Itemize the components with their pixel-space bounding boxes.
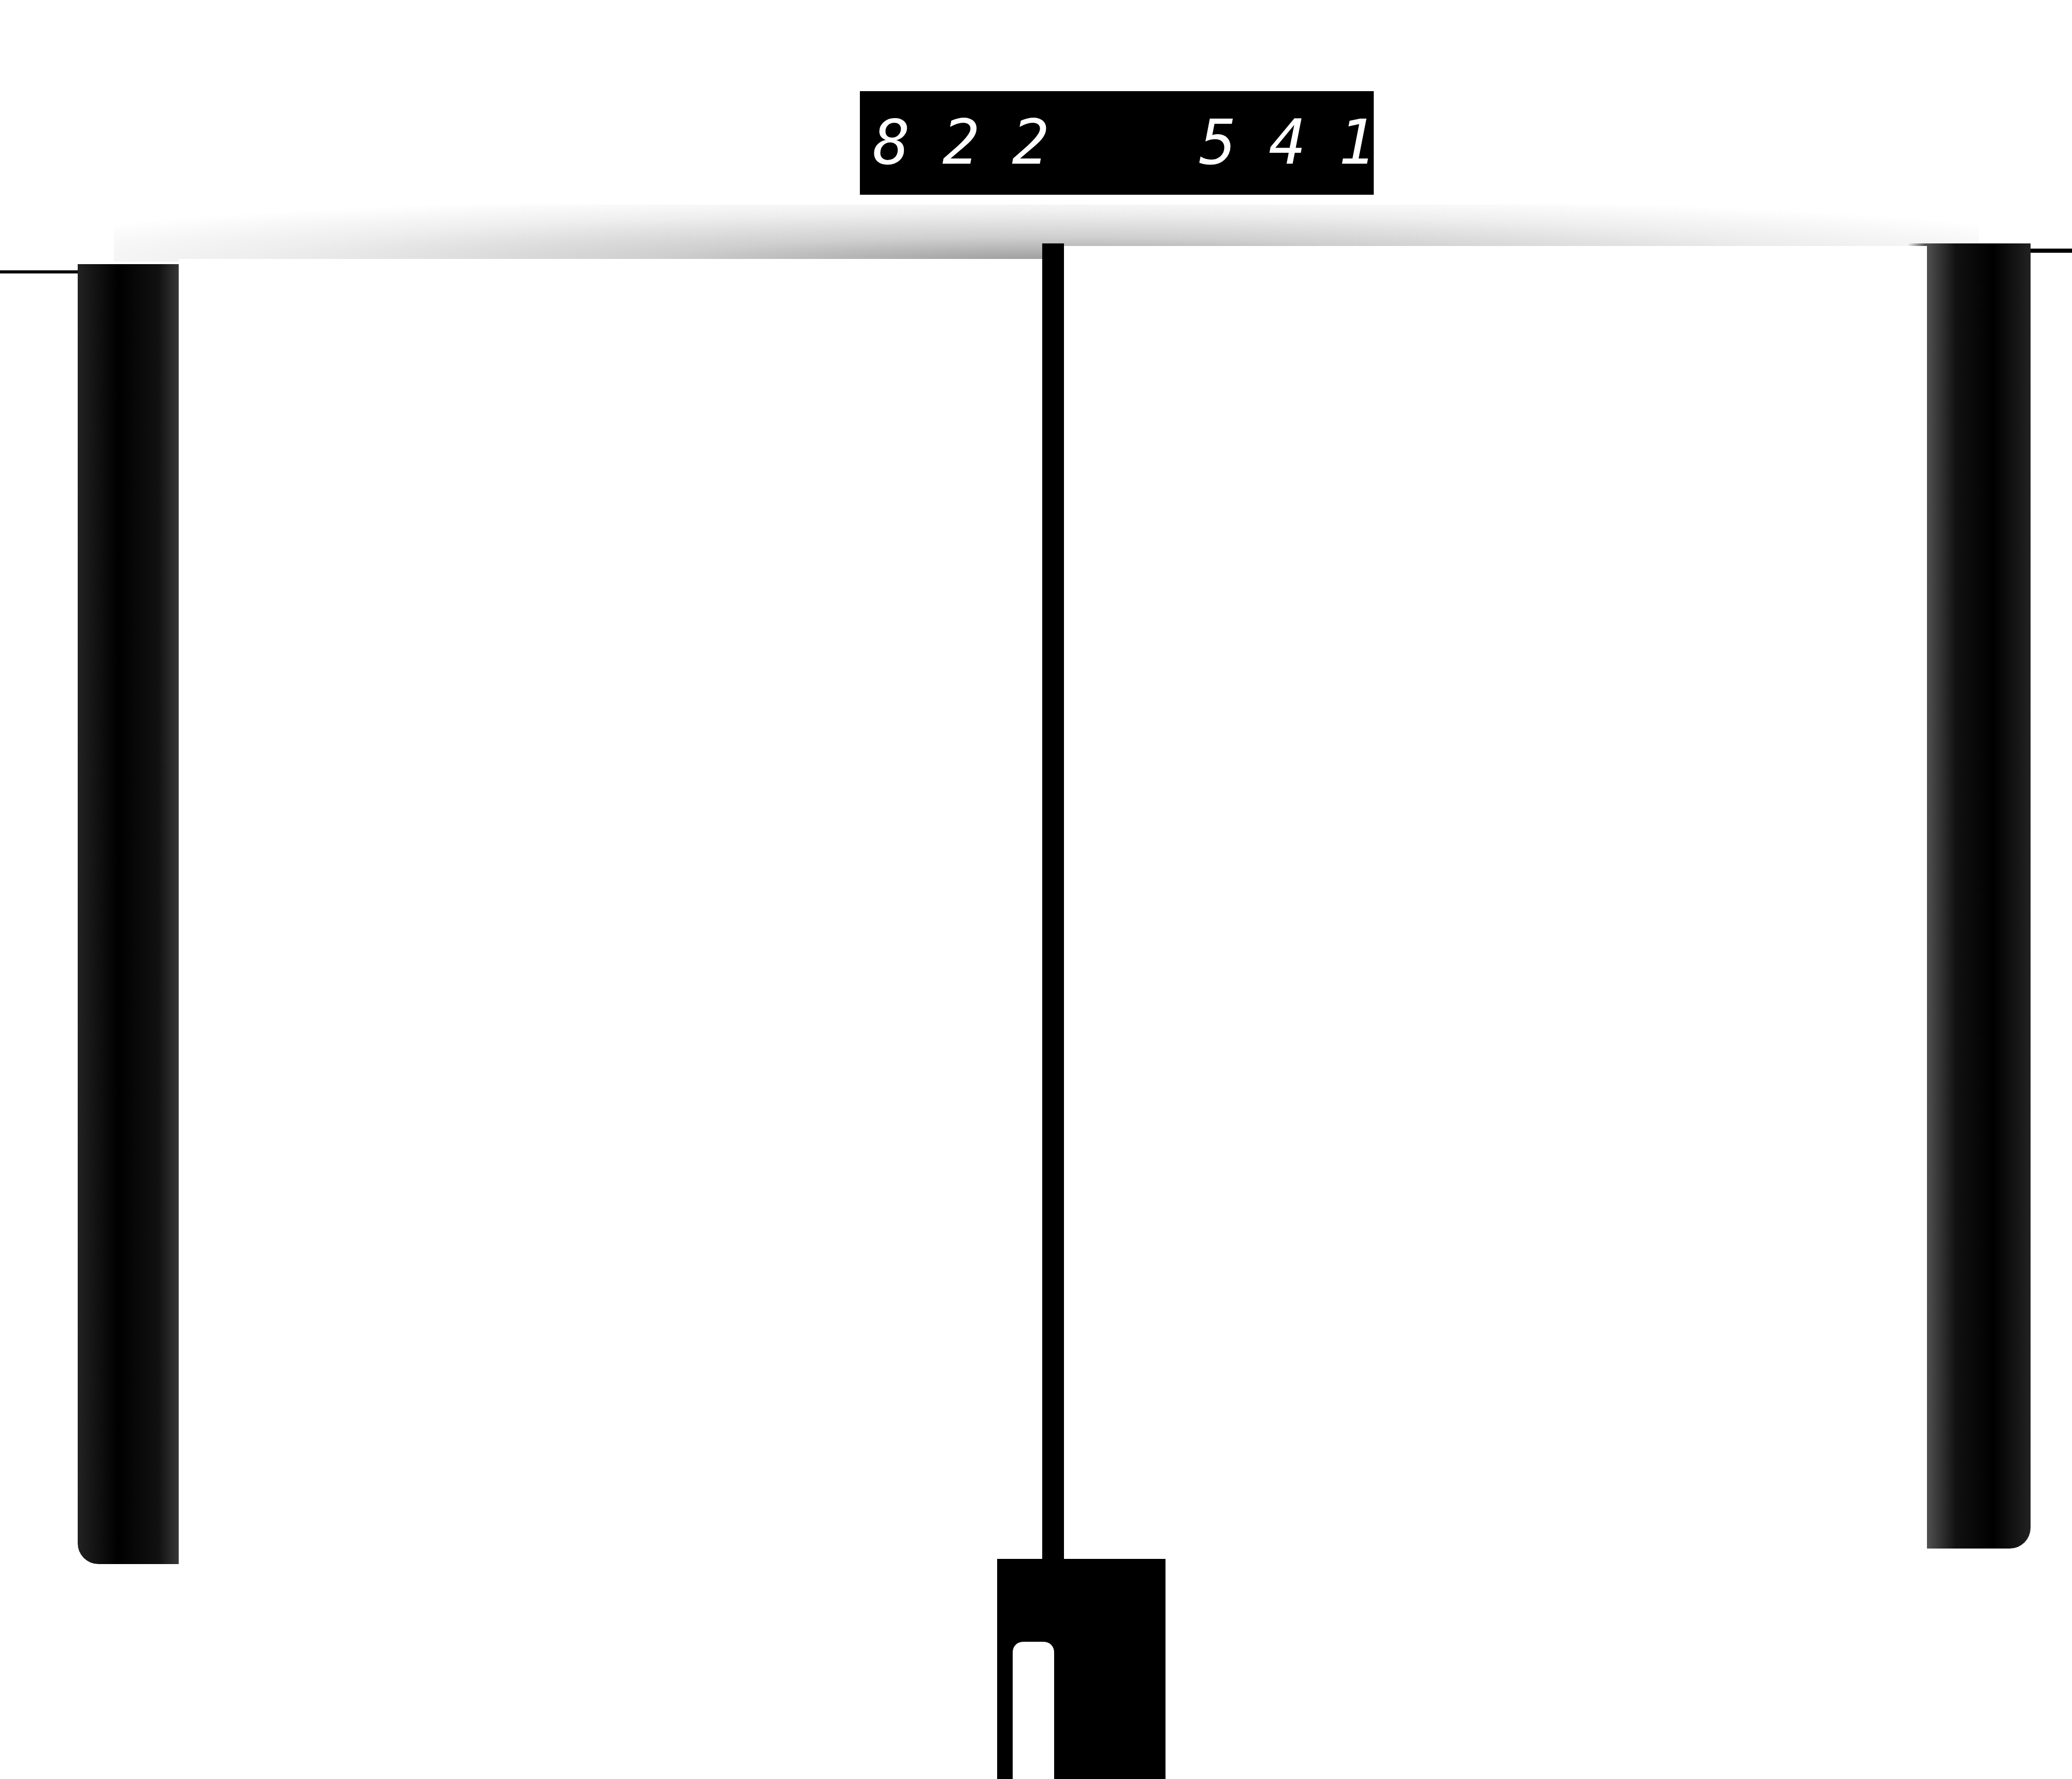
book-stand-gap	[1013, 1642, 1054, 1779]
left-page	[179, 259, 1054, 1564]
scan-label: 822 541.	[860, 91, 1374, 195]
book-gutter	[1042, 243, 1064, 1559]
right-page	[1062, 246, 1927, 1551]
label-number-left: 822	[873, 107, 1082, 179]
label-number-right: 541.	[1199, 107, 1477, 179]
